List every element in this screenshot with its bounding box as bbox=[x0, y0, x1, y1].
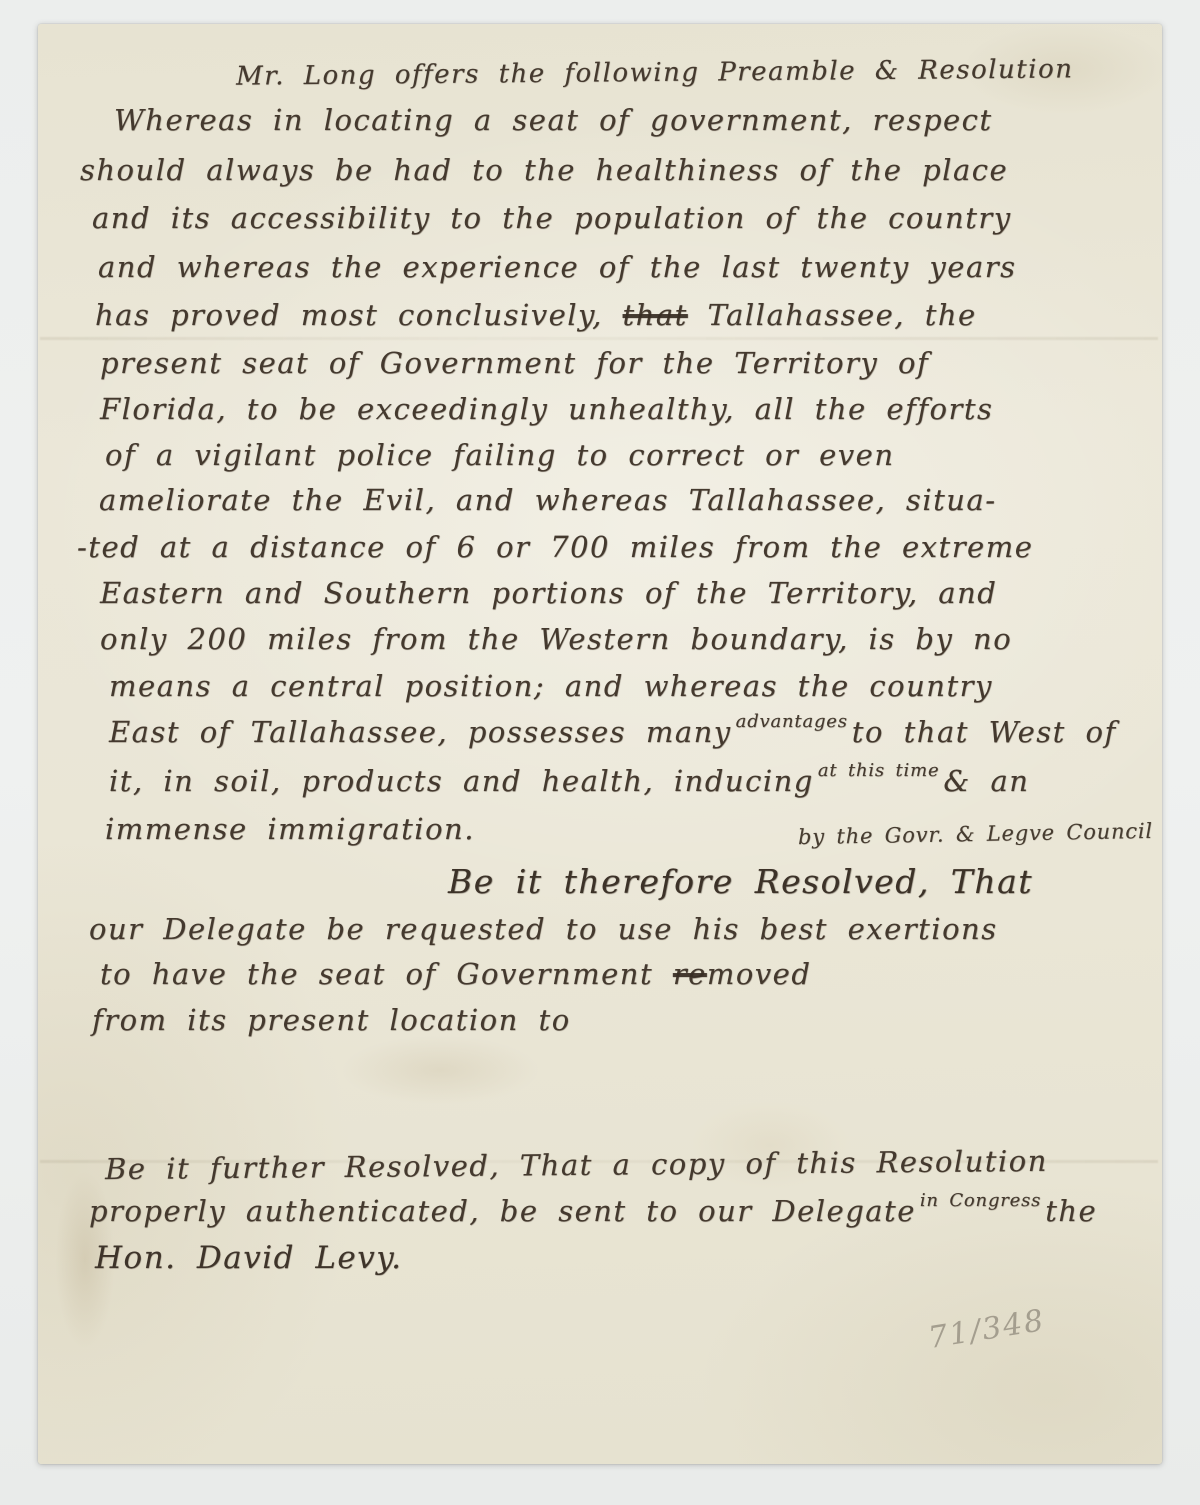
manuscript-line: should always be had to the healthiness … bbox=[80, 153, 1008, 187]
manuscript-line: and whereas the experience of the last t… bbox=[98, 250, 1016, 284]
manuscript-line-resolved-clause: Be it therefore Resolved, That bbox=[448, 862, 1033, 901]
line-text: to that West of bbox=[852, 715, 1117, 749]
line-text: East of Tallahassee, possesses many bbox=[109, 715, 732, 749]
manuscript-line: from its present location to bbox=[92, 1003, 571, 1037]
line-text: Be it therefore Resolved, That bbox=[448, 862, 1033, 901]
line-text: it, in soil, products and health, induci… bbox=[109, 764, 814, 798]
document-scan: Mr. Long offers the following Preamble &… bbox=[0, 0, 1200, 1505]
line-text: and whereas the experience of the last t… bbox=[98, 250, 1016, 284]
line-text: means a central position; and whereas th… bbox=[109, 669, 993, 703]
interlined-insertion: at this time bbox=[818, 760, 940, 781]
manuscript-line: our Delegate be requested to use his bes… bbox=[89, 912, 998, 946]
struck-out-word: that bbox=[623, 298, 688, 332]
line-text: moved bbox=[707, 957, 812, 991]
line-text: the bbox=[1045, 1194, 1097, 1228]
line-text: and its accessibility to the population … bbox=[92, 201, 1012, 235]
manuscript-line: only 200 miles from the Western boundary… bbox=[100, 622, 1012, 656]
manuscript-line: has proved most conclusively, that Talla… bbox=[95, 298, 977, 332]
manuscript-line-signature: Hon. David Levy. bbox=[95, 1240, 403, 1276]
manuscript-line: and its accessibility to the population … bbox=[92, 201, 1012, 235]
manuscript-line: East of Tallahassee, possesses manyadvan… bbox=[109, 715, 1117, 749]
line-text: Florida, to be exceedingly unhealthy, al… bbox=[100, 392, 993, 426]
line-text: properly authenticated, be sent to our D… bbox=[89, 1194, 916, 1228]
manuscript-line: Whereas in locating a seat of government… bbox=[114, 103, 993, 137]
manuscript-line: means a central position; and whereas th… bbox=[109, 669, 993, 703]
line-text: Hon. David Levy. bbox=[95, 1240, 403, 1276]
line-text: from its present location to bbox=[92, 1003, 571, 1037]
line-text: should always be had to the healthiness … bbox=[80, 153, 1008, 187]
line-text: & an bbox=[943, 764, 1029, 798]
line-text: immense immigration. bbox=[105, 812, 475, 846]
manuscript-line: Eastern and Southern portions of the Ter… bbox=[100, 576, 997, 610]
manuscript-line: properly authenticated, be sent to our D… bbox=[89, 1194, 1097, 1228]
manuscript-line: Florida, to be exceedingly unhealthy, al… bbox=[100, 392, 993, 426]
line-text: Eastern and Southern portions of the Ter… bbox=[100, 576, 997, 610]
interlined-insertion: advantages bbox=[736, 711, 848, 732]
struck-out-word: re bbox=[673, 957, 707, 991]
line-text: Tallahassee, the bbox=[688, 298, 977, 332]
manuscript-line: immense immigration. bbox=[105, 812, 475, 846]
manuscript-line: -ted at a distance of 6 or 700 miles fro… bbox=[77, 530, 1033, 564]
line-text: our Delegate be requested to use his bes… bbox=[89, 912, 998, 946]
manuscript-line: of a vigilant police failing to correct … bbox=[105, 438, 895, 472]
line-text: present seat of Government for the Terri… bbox=[100, 346, 929, 380]
line-text: ameliorate the Evil, and whereas Tallaha… bbox=[99, 483, 997, 517]
manuscript-line: to have the seat of Government removed bbox=[100, 957, 811, 991]
paper-fold-crease bbox=[40, 337, 1158, 340]
interlined-insertion: in Congress bbox=[920, 1190, 1041, 1211]
line-text: -ted at a distance of 6 or 700 miles fro… bbox=[77, 530, 1033, 564]
manuscript-line: ameliorate the Evil, and whereas Tallaha… bbox=[99, 483, 997, 517]
line-text: has proved most conclusively, bbox=[95, 298, 623, 332]
manuscript-line: it, in soil, products and health, induci… bbox=[109, 764, 1029, 798]
manuscript-line: present seat of Government for the Terri… bbox=[100, 346, 929, 380]
line-text: only 200 miles from the Western boundary… bbox=[100, 622, 1012, 656]
line-text: of a vigilant police failing to correct … bbox=[105, 438, 895, 472]
line-text: Whereas in locating a seat of government… bbox=[114, 103, 993, 137]
line-text: to have the seat of Government bbox=[100, 957, 673, 991]
